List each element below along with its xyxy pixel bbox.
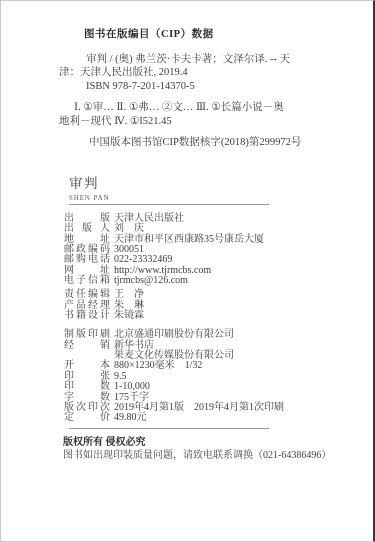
cip-record-line-1: 审判 / (奥) 弗兰茨·卡夫卡著；文泽尔译. -- 天 [59, 53, 339, 67]
colophon-row-label: 经销 [64, 341, 110, 351]
colophon-row: 书籍设计 朱镜霖 [64, 311, 354, 321]
title-block: 审判 SHEN PAN [69, 172, 110, 202]
book-title-romanized: SHEN PAN [69, 194, 110, 202]
service-phone-line: 图书如出现印装质量问题，请致电联系调换（021-64386496） [63, 450, 331, 463]
colophon-row-value: tjrmcbs@126.com [114, 276, 188, 286]
cip-header: 图书在版编目（CIP）数据 [59, 28, 339, 42]
book-title: 审判 [69, 172, 110, 192]
cip-class-line-1: Ⅰ. ①审… Ⅱ. ①弗… ②文… Ⅲ. ①长篇小说－奥 [59, 101, 339, 115]
cip-block: 图书在版编目（CIP）数据 审判 / (奥) 弗兰茨·卡夫卡著；文泽尔译. --… [59, 28, 339, 150]
divider-top [69, 204, 269, 205]
colophon-row-label: 书籍设计 [64, 311, 110, 321]
colophon-row-label: 印数 [64, 382, 110, 392]
colophon-row-value: 1-10,000 [114, 382, 150, 392]
colophon-row: 定价 49.80元 [64, 413, 354, 423]
colophon-row-label: 定价 [64, 413, 110, 423]
book-colophon-page: 图书在版编目（CIP）数据 审判 / (奥) 弗兰茨·卡夫卡著；文泽尔译. --… [0, 0, 375, 542]
copyright-notice: 版权所有 侵权必究 [63, 437, 331, 450]
colophon-row-label: 电子信箱 [64, 276, 110, 286]
copyright-block: 版权所有 侵权必究 图书如出现印装质量问题，请致电联系调换（021-643864… [63, 437, 331, 462]
divider-bottom [69, 428, 269, 429]
colophon-row: 印数 1-10,000 [64, 382, 354, 392]
colophon-row: 电子信箱 tjrmcbs@126.com [64, 276, 354, 286]
colophon-row-value: 49.80元 [114, 413, 147, 423]
cip-record-line-2: 津：天津人民出版社, 2019.4 [59, 66, 339, 80]
colophon-row-value: 880×1230毫米 1/32 [114, 361, 202, 371]
colophon-table: 出版 天津人民出版社 出版人 刘 庆 地址 天津市和平区西康路35号康岳大厦 邮… [64, 214, 354, 424]
cip-registry-line: 中国版本图书馆CIP数据核字(2018)第299972号 [59, 136, 339, 150]
colophon-row-value: 朱镜霖 [114, 311, 144, 321]
cip-isbn-line: ISBN 978-7-201-14370-5 [59, 80, 339, 94]
cip-class-line-2: 地利－现代 Ⅳ. ①I521.45 [59, 115, 339, 129]
